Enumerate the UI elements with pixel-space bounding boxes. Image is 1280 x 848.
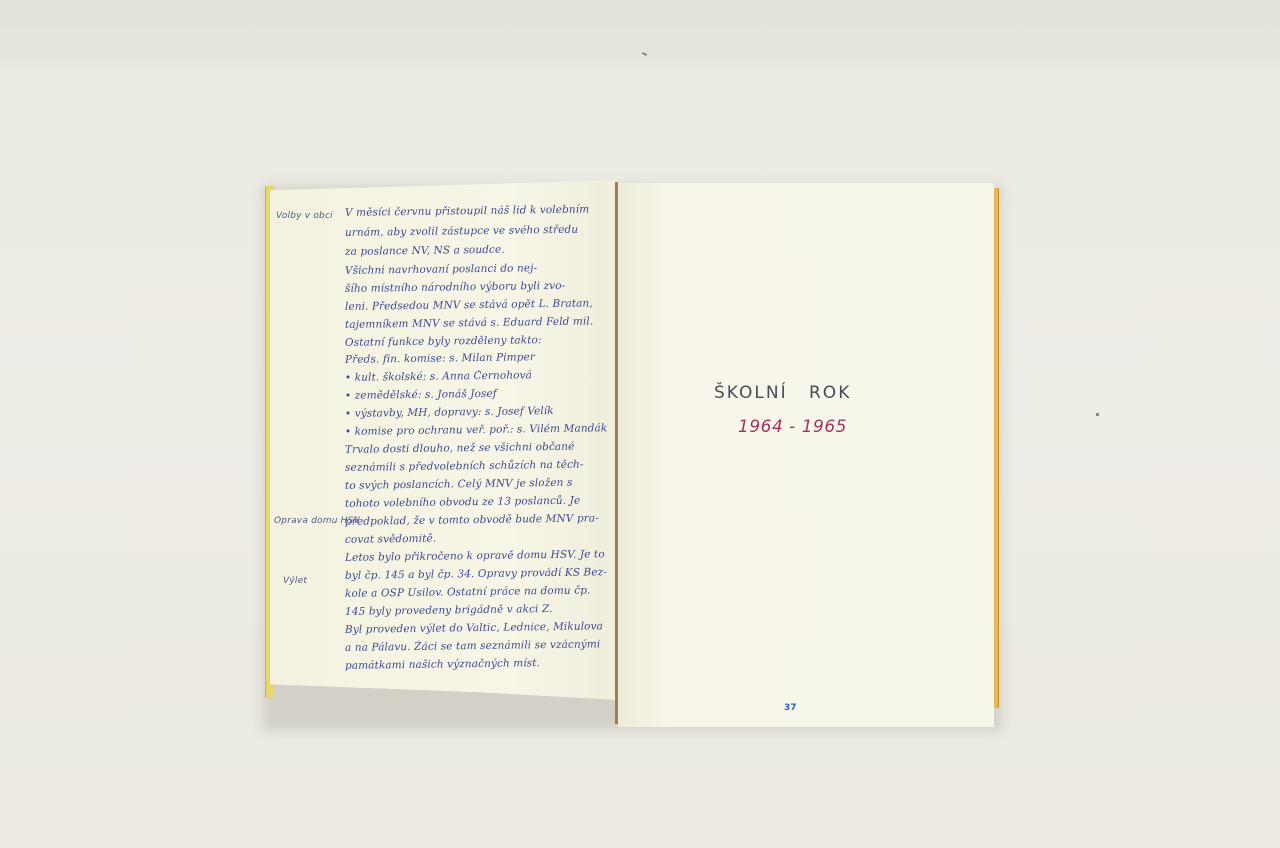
school-year: 1964 - 1965 [738, 417, 847, 437]
margin-note: Volby v obci [276, 211, 333, 221]
margin-note: Výlet [283, 576, 307, 586]
background-speck [642, 52, 647, 56]
right-page [618, 183, 994, 727]
page-title: ŠKOLNÍ ROK [714, 383, 851, 403]
background-speck [1096, 413, 1099, 416]
book-spine [615, 182, 618, 724]
page-number: 37 [784, 703, 797, 713]
